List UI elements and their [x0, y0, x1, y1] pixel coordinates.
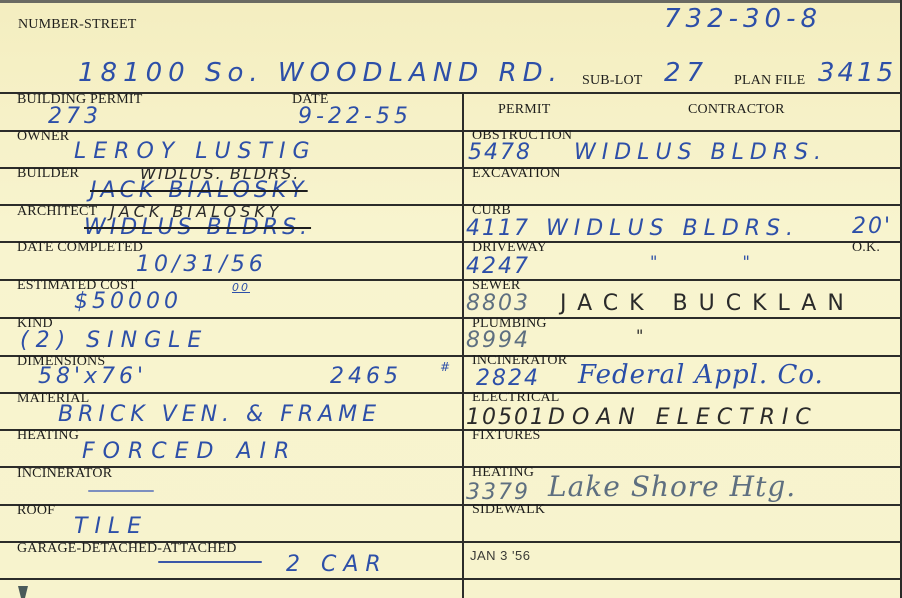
- owner-label: OWNER: [17, 129, 69, 145]
- driveway-contractor: " ": [650, 252, 790, 271]
- date-completed-label: DATE COMPLETED: [17, 240, 143, 256]
- rule-line: [0, 355, 902, 357]
- address-value: 18100 So. WOODLAND RD.: [78, 58, 563, 88]
- heating-permit-label: HEATING: [472, 465, 534, 481]
- fixtures-label: FIXTURES: [472, 428, 541, 444]
- rule-line: [0, 130, 902, 132]
- excavation-label: EXCAVATION: [472, 166, 561, 182]
- electrical-label: ELECTRICAL: [472, 390, 560, 406]
- curb-contractor: WIDLUS BLDRS.: [546, 216, 799, 241]
- garage-label: GARAGE-DETACHED-ATTACHED: [17, 541, 237, 557]
- plan-file-value: 3415: [818, 58, 896, 88]
- material-value: BRICK VEN. & FRAME: [58, 402, 381, 427]
- roof-label: ROOF: [17, 503, 55, 519]
- heating-value: FORCED AIR: [82, 439, 297, 464]
- date-value: 9-22-55: [298, 104, 412, 129]
- sewer-contractor: JACK BUCKLAN: [560, 291, 855, 316]
- rule-line: [0, 504, 902, 506]
- rule-line: [0, 466, 902, 468]
- garage-attached-underline: [158, 561, 262, 563]
- electrical-permit: 10501: [466, 405, 546, 430]
- contractor-header: CONTRACTOR: [688, 102, 785, 118]
- builder-label: BUILDER: [17, 166, 79, 182]
- incinerator-contractor: Federal Appl. Co.: [578, 360, 824, 390]
- architect-struck-value: WIDLUS BLDRS.: [84, 215, 311, 240]
- plumbing-contractor: " ": [636, 326, 902, 345]
- corner-mark-icon: [18, 586, 28, 598]
- estimated-cost-cents: 00: [232, 281, 250, 294]
- sublot-label: SUB-LOT: [582, 73, 643, 89]
- building-permit-value: 273: [48, 104, 102, 129]
- driveway-permit: 4247: [466, 254, 530, 279]
- sublot-value: 27: [664, 58, 709, 88]
- date-completed-value: 10/31/56: [136, 252, 267, 277]
- sewer-permit: 8803: [466, 291, 530, 316]
- dimensions-value: 58'x76': [38, 364, 147, 389]
- rule-line: [0, 167, 902, 169]
- permit-card: NUMBER-STREET 732-30-8 18100 So. WOODLAN…: [0, 0, 902, 598]
- roof-value: TILE: [74, 514, 148, 539]
- permit-header: PERMIT: [498, 102, 551, 118]
- received-date-stamp: JAN 3 '56: [470, 548, 530, 563]
- incinerator-dash: [88, 490, 154, 492]
- driveway-note: O.K.: [852, 240, 880, 256]
- plan-file-label: PLAN FILE: [734, 73, 805, 89]
- incinerator-label: INCINERATOR: [17, 466, 112, 482]
- column-divider: [462, 92, 464, 598]
- curb-permit: 4117: [466, 216, 530, 241]
- obstruction-permit: 5478: [468, 140, 532, 165]
- kind-value: (2) SINGLE: [20, 328, 208, 353]
- rule-line: [0, 317, 902, 319]
- card-top-edge: [0, 0, 902, 3]
- builder-struck-value: JACK BIALOSKY: [90, 178, 308, 203]
- heating-contractor: Lake Shore Htg.: [548, 470, 796, 503]
- dimensions-extra: 2465: [330, 364, 402, 389]
- curb-note: 20': [852, 214, 892, 239]
- electrical-contractor: DOAN ELECTRIC: [548, 405, 818, 430]
- reference-number: 732-30-8: [664, 4, 822, 34]
- obstruction-contractor: WIDLUS BLDRS.: [574, 140, 827, 165]
- owner-value: LEROY LUSTIG: [74, 139, 317, 164]
- number-street-label: NUMBER-STREET: [18, 17, 137, 33]
- sidewalk-label: SIDEWALK: [472, 502, 545, 518]
- incinerator-permit: 2824: [476, 366, 540, 391]
- heating-label: HEATING: [17, 428, 79, 444]
- rule-line: [0, 392, 902, 394]
- rule-line: [0, 578, 902, 580]
- garage-value: 2 CAR: [286, 552, 388, 577]
- dimensions-extra-suffix: #: [440, 360, 450, 374]
- plumbing-permit: 8994: [466, 328, 530, 353]
- estimated-cost-value: $50000: [74, 289, 182, 314]
